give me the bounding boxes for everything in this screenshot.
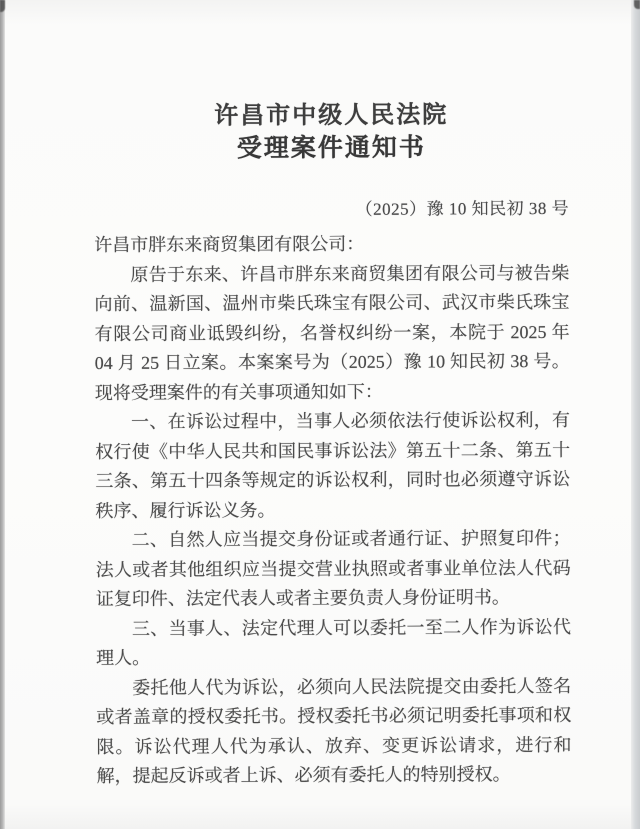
case-number: （2025）豫 10 知民初 38 号 xyxy=(94,199,569,221)
paragraph-item-3: 三、当事人、法定代理人可以委托一至二人作为诉讼代理人。 xyxy=(96,612,571,673)
notice-title: 受理案件通知书 xyxy=(94,134,569,164)
paragraph-case-summary: 原告于东来、许昌市胖东来商贸集团有限公司与被告柴向前、温新国、温州市柴氏珠宝有限… xyxy=(94,258,570,408)
paragraph-item-1: 一、在诉讼过程中，当事人必须依法行使诉讼权利，有权行使《中华人民共和国民事诉讼法… xyxy=(95,406,571,526)
paragraph-authorization: 委托他人代为诉讼，必须向人民法院提交由委托人签名或者盖章的授权委托书。授权委托书… xyxy=(96,671,572,791)
notice-page: 许昌市中级人民法院 受理案件通知书 （2025）豫 10 知民初 38 号 许昌… xyxy=(0,0,640,829)
document-photo: 许昌市中级人民法院 受理案件通知书 （2025）豫 10 知民初 38 号 许昌… xyxy=(0,0,640,829)
addressee-line: 许昌市胖东来商贸集团有限公司： xyxy=(94,229,569,261)
paragraph-item-2: 二、自然人应当提交身份证或者通行证、护照复印件；法人或者其他组织应当提交营业执照… xyxy=(95,524,570,615)
court-name: 许昌市中级人民法院 xyxy=(94,102,569,130)
